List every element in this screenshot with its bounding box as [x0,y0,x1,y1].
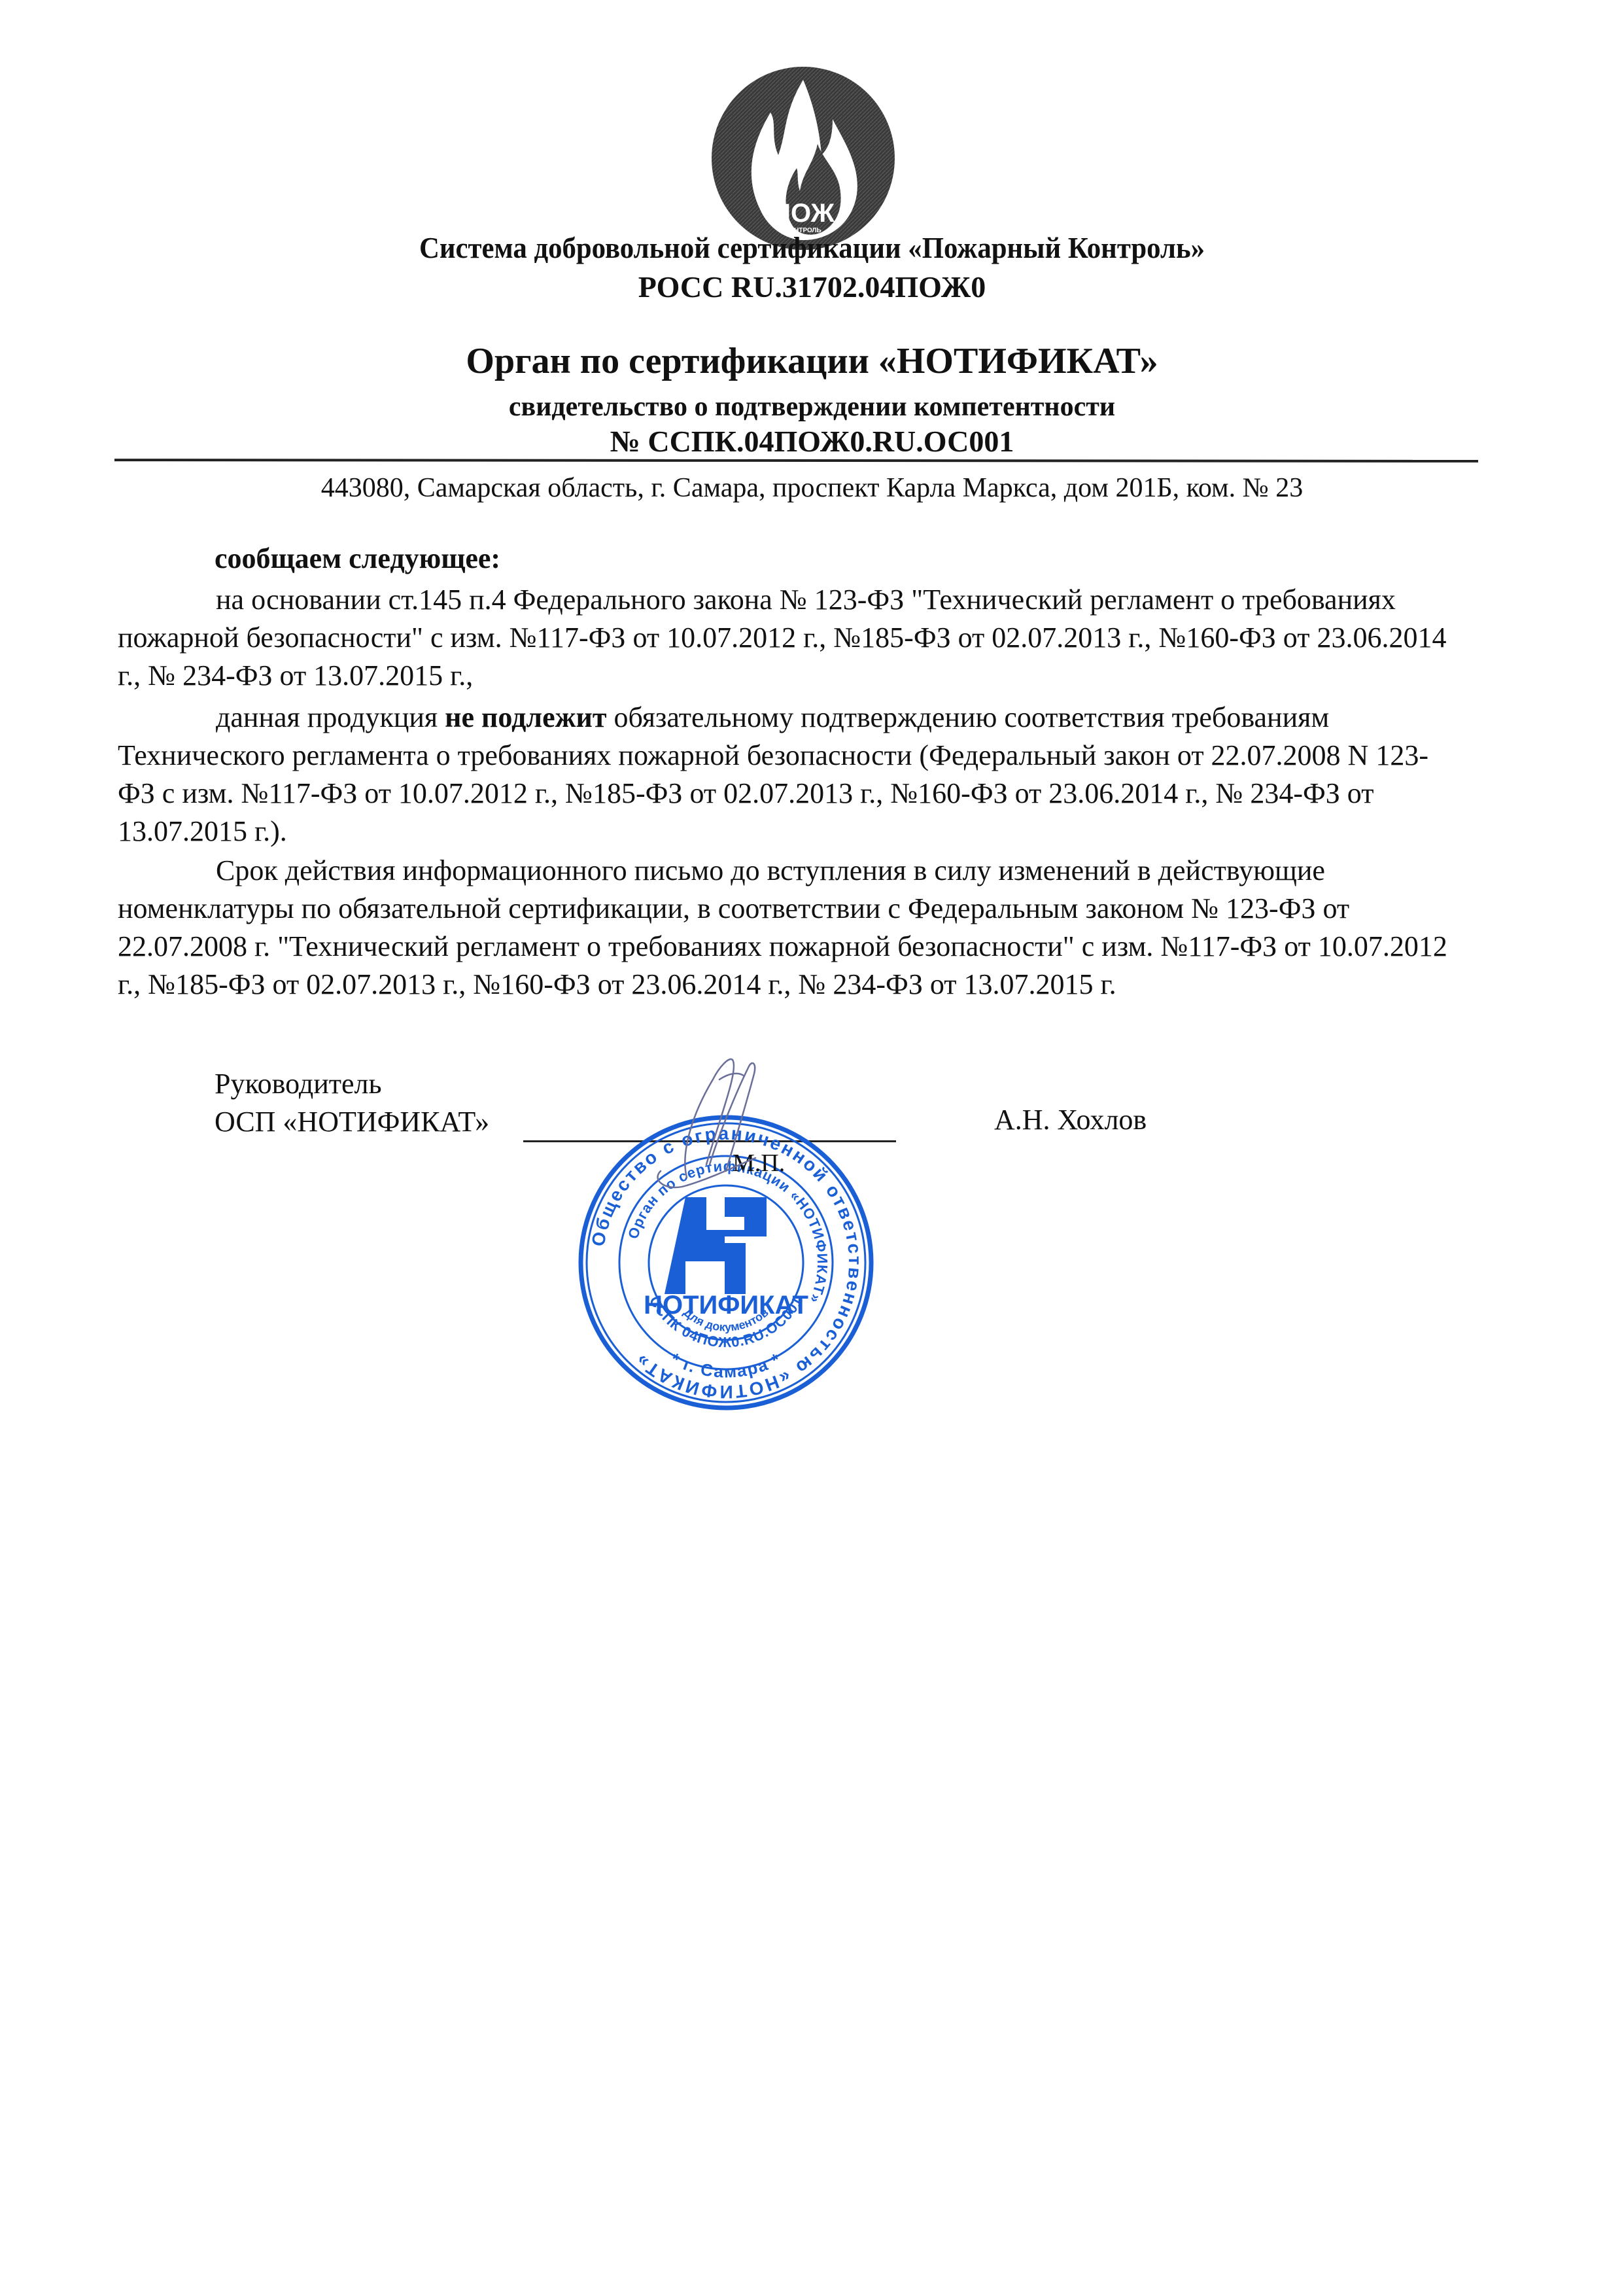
paragraph-1: на основании ст.145 п.4 Федерального зак… [118,581,1465,695]
logo-abbr: ПОЖ [772,199,835,228]
paragraph-2-start: данная продукция [216,701,445,733]
certificate-line: свидетельство о подтверждении компетентн… [0,391,1624,423]
paragraph-3-text: Срок действия информационного письмо до … [118,852,1465,1004]
address: 443080, Самарская область, г. Самара, пр… [0,472,1624,504]
certificate-number: № ССПК.04ПОЖ0.RU.ОС001 [0,424,1624,459]
flame-logo-icon: ПОЖ КОНТРОЛЬ [705,60,901,256]
signer-position: Руководитель [215,1065,489,1103]
signer-title: Руководитель ОСП «НОТИФИКАТ» [215,1065,489,1141]
organ-title: Орган по сертификации «НОТИФИКАТ» [0,340,1624,382]
paragraph-2: данная продукция не подлежит обязательно… [118,699,1465,850]
paragraph-3: Срок действия информационного письмо до … [118,852,1465,1004]
signer-organization: ОСП «НОТИФИКАТ» [215,1103,489,1141]
stamp-center-name: НОТИФИКАТ [644,1291,808,1320]
system-title: Система добровольной сертификации «Пожар… [57,230,1567,265]
handwritten-signature-icon [641,1040,785,1197]
signer-name: А.Н. Хохлов [994,1103,1147,1136]
header-divider [114,459,1478,463]
lead-text: сообщаем следующее: [215,542,500,575]
paragraph-2-emphasis: не подлежит [445,701,606,733]
ross-code: РОСС RU.31702.04ПОЖ0 [0,270,1624,304]
paragraph-1-text: на основании ст.145 п.4 Федерального зак… [118,581,1465,695]
